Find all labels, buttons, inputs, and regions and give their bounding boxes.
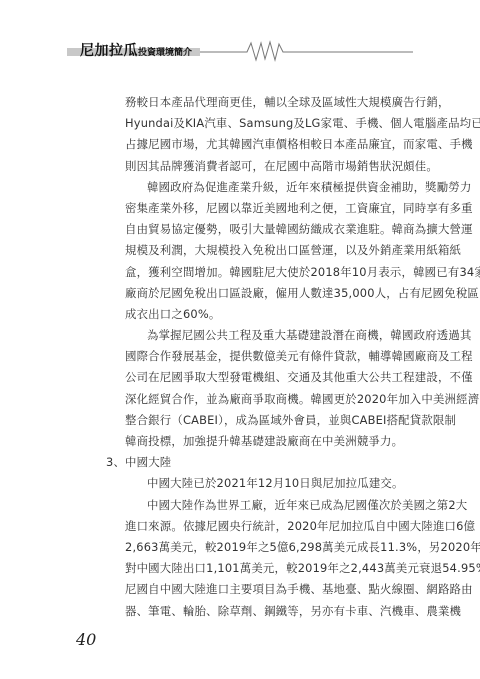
text-line: 尼國自中國大陸進口主要項目為手機、基地臺、點火線圈、網路路由 — [125, 579, 417, 600]
text-line: 務較日本產品代理商更佳，輔以全球及區域性大規模廣告行銷， — [125, 92, 417, 113]
page-header: 尼加拉瓜投資環境簡介 — [0, 0, 480, 70]
text-line: 整合銀行（CABEI），成為區域外會員，並與CABEI搭配貸款限制 — [125, 410, 417, 431]
text-line: 盒，獲利空間增加。韓國駐尼大使於2018年10月表示，韓國已有34家 — [125, 262, 417, 283]
text-line: Hyundai及KIA汽車、Samsung及LG家電、手機、個人電腦產品均已 — [125, 113, 417, 134]
text-line: 深化經貿合作，並為廠商爭取商機。韓國更於2020年加入中美洲經濟 — [125, 389, 417, 410]
section-heading: 3、中國大陸 — [106, 452, 417, 473]
text-line: 2,663萬美元，較2019年之5億6,298萬美元成長11.3%，另2020年… — [125, 537, 417, 558]
text-line: 成衣出口之60%。 — [125, 304, 417, 325]
body-text: 務較日本產品代理商更佳，輔以全球及區域性大規模廣告行銷， Hyundai及KIA… — [125, 92, 417, 622]
text-line: 公司在尼國爭取大型發電機組、交通及其他重大公共工程建設，不僅 — [125, 367, 417, 388]
paragraph-start-line: 為掌握尼國公共工程及重大基礎建設潛在商機，韓國政府透過其 — [125, 325, 417, 346]
paragraph-start-line: 中國大陸已於2021年12月10日與尼加拉瓜建交。 — [125, 473, 417, 494]
text-line: 廠商於尼國免稅出口區設廠，僱用人數達35,000人，占有尼國免稅區 — [125, 283, 417, 304]
text-line: 密集產業外移，尼國以靠近美國地利之便，工資廉宜，同時享有多重 — [125, 198, 417, 219]
text-line: 國際合作發展基金，提供數億美元有條件貸款，輔導韓國廠商及工程 — [125, 346, 417, 367]
text-line: 占據尼國市場，尤其韓國汽車價格相較日本產品廉宜，而家電、手機 — [125, 134, 417, 155]
text-line: 進口來源。依據尼國央行統計，2020年尼加拉瓜自中國大陸進口6億 — [125, 516, 417, 537]
paragraph-start-line: 中國大陸作為世界工廠，近年來已成為尼國僅次於美國之第2大 — [125, 495, 417, 516]
text-line: 則因其品牌獲消費者認可，在尼國中高階市場銷售狀況頗佳。 — [125, 156, 417, 177]
text-line: 器、筆電、輪胎、除草劑、鋼鐵等，另亦有卡車、汽機車、農業機 — [125, 601, 417, 622]
paragraph-start-line: 韓國政府為促進產業升級，近年來積極提供資金補助，獎勵勞力 — [125, 177, 417, 198]
page-number: 40 — [76, 630, 96, 649]
text-line: 對中國大陸出口1,101萬美元，較2019年之2,443萬美元衰退54.95%。 — [125, 558, 417, 579]
text-line: 自由貿易協定優勢，吸引大量韓國紡織成衣業進駐。韓商為擴大營運 — [125, 219, 417, 240]
header-zigzag-line-icon — [0, 0, 480, 70]
text-line: 韓商投標，加強提升韓基礎建設廠商在中美洲競爭力。 — [125, 431, 417, 452]
text-line: 規模及利潤，大規模投入免稅出口區營運，以及外銷產業用紙箱紙 — [125, 240, 417, 261]
